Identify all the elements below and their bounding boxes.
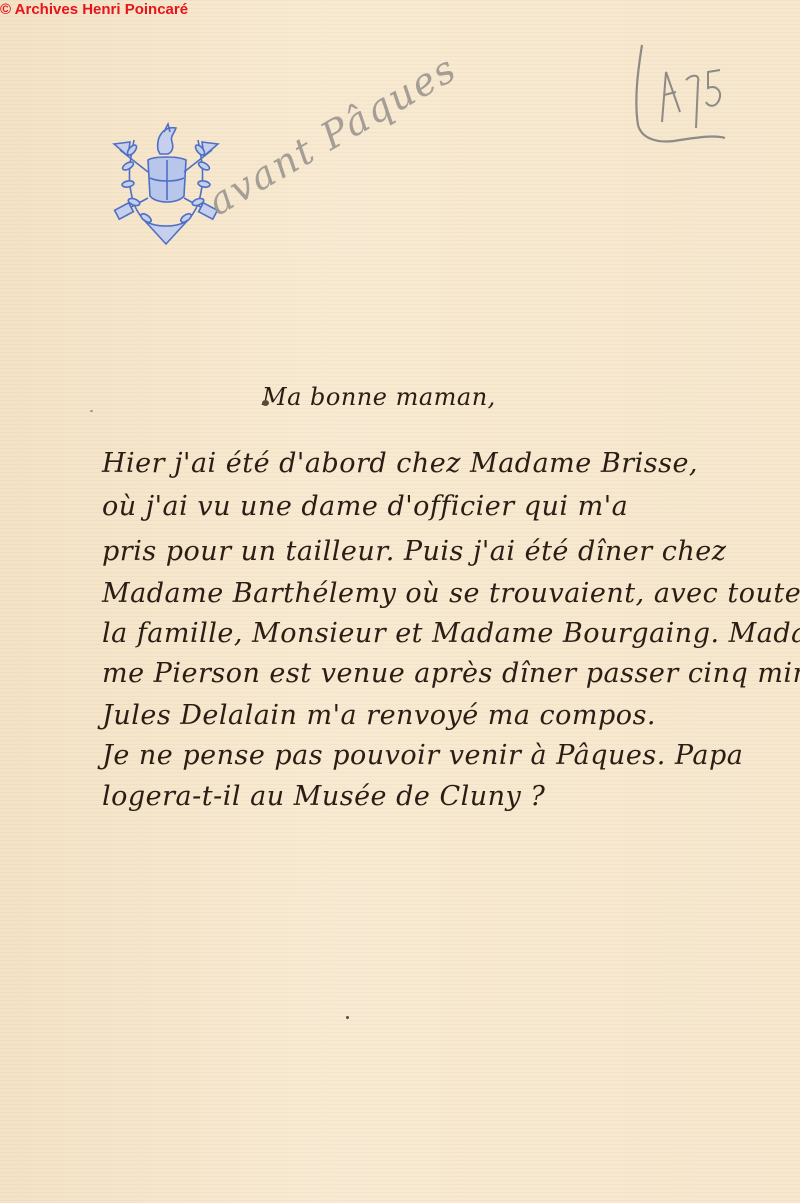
letter-line: Je ne pense pas pouvoir venir à Pâques. … (102, 740, 743, 771)
letter-line: où j'ai vu une dame d'officier qui m'a (102, 491, 628, 522)
shelfmark-pencil-icon: A75 (620, 40, 740, 150)
letter-page: © Archives Henri Poincaré A75 (0, 0, 800, 1203)
letter-line: Hier j'ai été d'abord chez Madame Brisse… (102, 448, 698, 479)
copyright-watermark: © Archives Henri Poincaré (0, 1, 188, 18)
letter-line: me Pierson est venue après dîner passer … (102, 658, 800, 689)
letter-line: pris pour un tailleur. Puis j'ai été dîn… (102, 536, 727, 567)
letter-salutation: Ma bonne maman, (262, 383, 496, 411)
letter-line: la famille, Monsieur et Madame Bourgaing… (102, 618, 800, 649)
ink-stain (262, 400, 269, 406)
letter-line: Madame Barthélemy où se trouvaient, avec… (102, 578, 800, 609)
pencil-annotation: avant Pâques (200, 46, 464, 224)
archive-shelfmark: A75 (620, 40, 740, 150)
letter-line: logera-t-il au Musée de Cluny ? (102, 781, 545, 812)
ink-speck (346, 1016, 349, 1019)
letter-line: Jules Delalain m'a renvoyé ma compos. (102, 700, 656, 731)
ink-speck (90, 410, 93, 412)
